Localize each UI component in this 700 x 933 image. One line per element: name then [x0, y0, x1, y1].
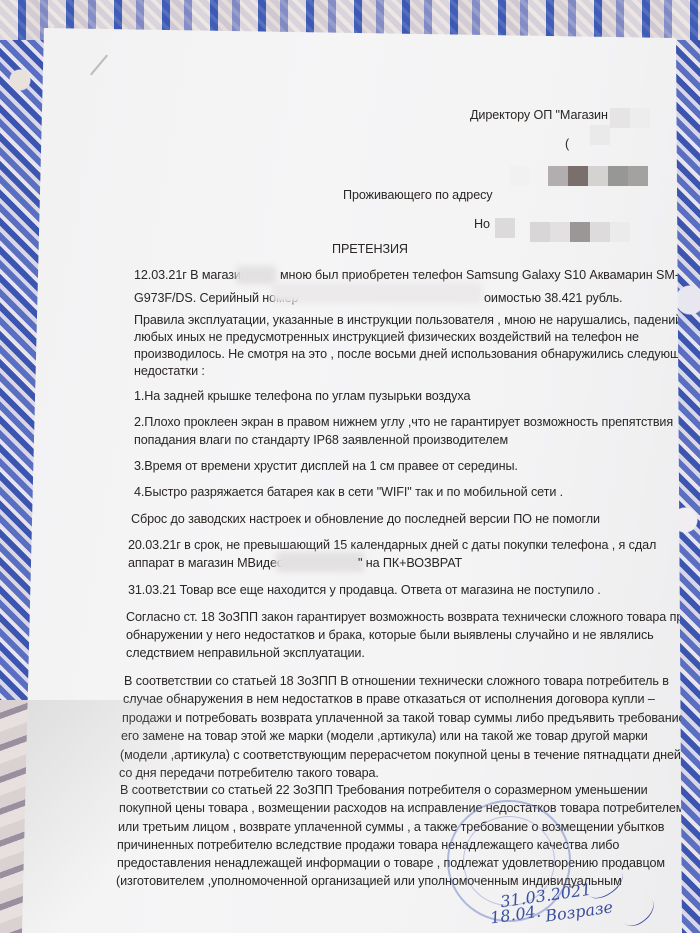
defect-item-4: 4.Быстро разряжается батарея как в сети …	[134, 485, 563, 499]
redaction-block	[570, 222, 590, 242]
redaction-block	[590, 222, 610, 242]
redaction-block	[548, 166, 568, 186]
redaction-block	[510, 166, 530, 186]
redaction-blur	[276, 552, 364, 572]
law18-line: Согласно ст. 18 ЗоЗПП закон гарантирует …	[126, 610, 690, 624]
reset-note: Сброс до заводских настроек и обновление…	[131, 512, 600, 526]
art18-line: со дня передачи потребителю такого товар…	[119, 766, 379, 780]
art18-line: его замене на товар этой же марки (модел…	[121, 729, 648, 743]
staple	[90, 54, 108, 75]
art22-line: В соответствии со статьей 22 ЗоЗПП Требо…	[120, 783, 648, 797]
redaction-block	[495, 218, 515, 238]
from-line: (	[565, 137, 569, 151]
law18-line: обнаружении у него недостатков и брака, …	[126, 628, 654, 642]
purchase-line-1b: мною был приобретен телефон Samsung Gala…	[280, 268, 679, 282]
defect-item-2-cont: попадания влаги по стандарту IP68 заявле…	[134, 433, 508, 447]
return-line-2a: аппарат в магазин МВидео "	[128, 556, 292, 570]
art18-line: продажи и потребовать возврата уплаченно…	[122, 711, 696, 725]
redaction-block	[550, 222, 570, 242]
rules-line: любых иных не предусмотренных инструкцие…	[134, 330, 639, 344]
signature-mark	[617, 891, 659, 932]
art18-line: (модели ,артикула) с соответствующим пер…	[120, 748, 681, 762]
art18-line: случае обнаружения в нем недостатков в п…	[123, 692, 655, 706]
address-line: Но	[474, 217, 490, 231]
residence-label: Проживающего по адресу	[343, 188, 493, 202]
defect-item-1: 1.На задней крышке телефона по углам пуз…	[134, 389, 470, 403]
law18-line: следствием неправильной эксплуатации.	[126, 646, 365, 660]
redaction-block	[630, 108, 650, 128]
redaction-block	[610, 222, 630, 242]
redaction-block	[568, 166, 588, 186]
redaction-block	[610, 108, 630, 128]
redaction-block	[608, 166, 628, 186]
addressee-line: Директору ОП "Магазин №	[470, 108, 625, 122]
defect-item-3: 3.Время от времени хрустит дисплей на 1 …	[134, 459, 518, 473]
rules-line: Правила эксплуатации, указанные в инстру…	[134, 313, 692, 327]
redaction-block	[588, 166, 608, 186]
defect-item-2: 2.Плохо проклеен экран в правом нижнем у…	[134, 415, 673, 429]
return-line-2b: " на ПК+ВОЗВРАТ	[358, 556, 462, 570]
status-line: 31.03.21 Товар все еще находится у прода…	[128, 583, 601, 597]
redaction-blur	[236, 266, 276, 284]
art18-line: В соответствии со статьей 18 ЗоЗПП В отн…	[124, 674, 669, 688]
rules-line: недостатки :	[134, 364, 205, 378]
document-title: ПРЕТЕНЗИЯ	[332, 242, 408, 256]
rules-line: производилось. Не смотря на это , после …	[134, 347, 694, 361]
paper-sheet: Директору ОП "Магазин № ( Проживающего п…	[0, 0, 700, 933]
return-line-1: 20.03.21г в срок, не превышающий 15 кале…	[128, 538, 656, 552]
redaction-block	[590, 125, 610, 145]
redaction-block	[530, 222, 550, 242]
redaction-blur	[272, 283, 482, 303]
art22-line: или третьим лицом , возврате уплаченной …	[118, 820, 664, 834]
art22-line: покупной цены товара , возмещении расход…	[119, 801, 684, 815]
redaction-block	[628, 166, 648, 186]
purchase-line-1a: 12.03.21г В магазин	[134, 268, 248, 282]
art22-line: предоставления ненадлежащей информации о…	[117, 856, 665, 870]
purchase-line-2b: оимостью 38.421 рубль.	[484, 291, 622, 305]
